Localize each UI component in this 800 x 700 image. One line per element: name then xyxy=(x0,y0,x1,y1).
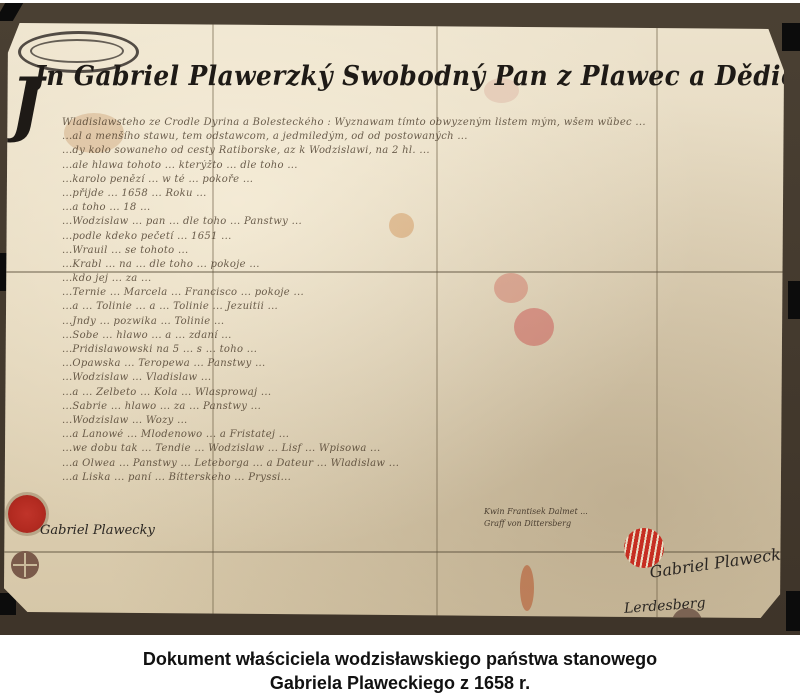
manuscript-line: ...dy kolo sowaneho od cesty Ratiborske,… xyxy=(62,145,772,158)
manuscript-line: ...Krabl ... na ... dle toho ... pokoje … xyxy=(62,259,772,272)
signature-middle: Kwin Frantisek Dalmet ... Graff von Ditt… xyxy=(484,506,594,530)
manuscript-line: ...al a menšího stawu, tem odstawcom, a … xyxy=(62,131,772,144)
manuscript-line: ...a toho ... 18 ... xyxy=(62,202,772,215)
frame-clip-bottom-right xyxy=(786,591,800,631)
document-photo: J Jn Gabriel Plawerzký Swobodný Pan z Pl… xyxy=(0,3,800,635)
manuscript-line: ...Sabrie ... hlawo ... za ... Panstwy .… xyxy=(62,401,772,414)
manuscript-line: Wladislawsteho ze Crodle Dyrina a Bolest… xyxy=(62,117,772,130)
signature-right-1: Gabriel Plawecky xyxy=(648,543,791,581)
frame-clip-right xyxy=(788,281,800,319)
manuscript-line: ...Sobe ... hlawo ... a ... zdaní ... xyxy=(62,330,772,343)
image-caption: Dokument właściciela wodzisławskiego pań… xyxy=(0,647,800,695)
caption-line-1: Dokument właściciela wodzisławskiego pań… xyxy=(0,647,800,671)
signature-left: Gabriel Plawecky xyxy=(40,523,155,538)
caption-line-2: Gabriela Plaweckiego z 1658 r. xyxy=(0,671,800,695)
manuscript-line: ...Wrauil ... se tohoto ... xyxy=(62,245,772,258)
manuscript-line: ...a ... Tolinie ... a ... Tolinie ... J… xyxy=(62,301,772,314)
manuscript-line: ...ale hlawa tohoto ... kterýžto ... dle… xyxy=(62,160,772,173)
manuscript-line: ...we dobu tak ... Tendie ... Wodzislaw … xyxy=(62,443,772,456)
manuscript-line: ...přijde ... 1658 ... Roku ... xyxy=(62,188,772,201)
manuscript-line: ...a Olwea ... Panstwy ... Leteborga ...… xyxy=(62,458,772,471)
manuscript-line: ...podle kdeko pečetí ... 1651 ... xyxy=(62,231,772,244)
manuscript-body: Wladislawsteho ze Crodle Dyrina a Bolest… xyxy=(62,117,772,486)
manuscript-line: ...Jndy ... pozwika ... Tolinie ... xyxy=(62,316,772,329)
manuscript-line: ...Opawska ... Teropewa ... Panstwy ... xyxy=(62,358,772,371)
manuscript-line: ...Wodzislaw ... Wozy ... xyxy=(62,415,772,428)
frame-clip-top-right xyxy=(782,23,800,51)
manuscript-line: ...kdo jej ... za ... xyxy=(62,273,772,286)
manuscript-line: ...a Lanowé ... Mlodenowo ... a Fristate… xyxy=(62,429,772,442)
fold-line xyxy=(4,551,784,553)
manuscript-line: ...Wodzislaw ... Vladislaw ... xyxy=(62,372,772,385)
document-heading: Jn Gabriel Plawerzký Swobodný Pan z Plaw… xyxy=(34,61,800,92)
stain xyxy=(520,565,534,611)
frame-clip-top-left xyxy=(0,3,23,21)
manuscript-line: ...karolo penězí ... w té ... pokoře ... xyxy=(62,174,772,187)
manuscript-line: ...Pridislawowski na 5 ... s ... toho ..… xyxy=(62,344,772,357)
calligraphic-flourish xyxy=(30,39,124,63)
manuscript-line: ...a Liska ... paní ... Bítterskeho ... … xyxy=(62,472,772,485)
manuscript-line: ...Ternie ... Marcela ... Francisco ... … xyxy=(62,287,772,300)
manuscript-line: ...Wodzislaw ... pan ... dle toho ... Pa… xyxy=(62,216,772,229)
parchment: J Jn Gabriel Plawerzký Swobodný Pan z Pl… xyxy=(4,23,784,618)
manuscript-line: ...a ... Zelbeto ... Kola ... Wlasprowaj… xyxy=(62,387,772,400)
brown-cross-seal-icon xyxy=(11,551,39,579)
